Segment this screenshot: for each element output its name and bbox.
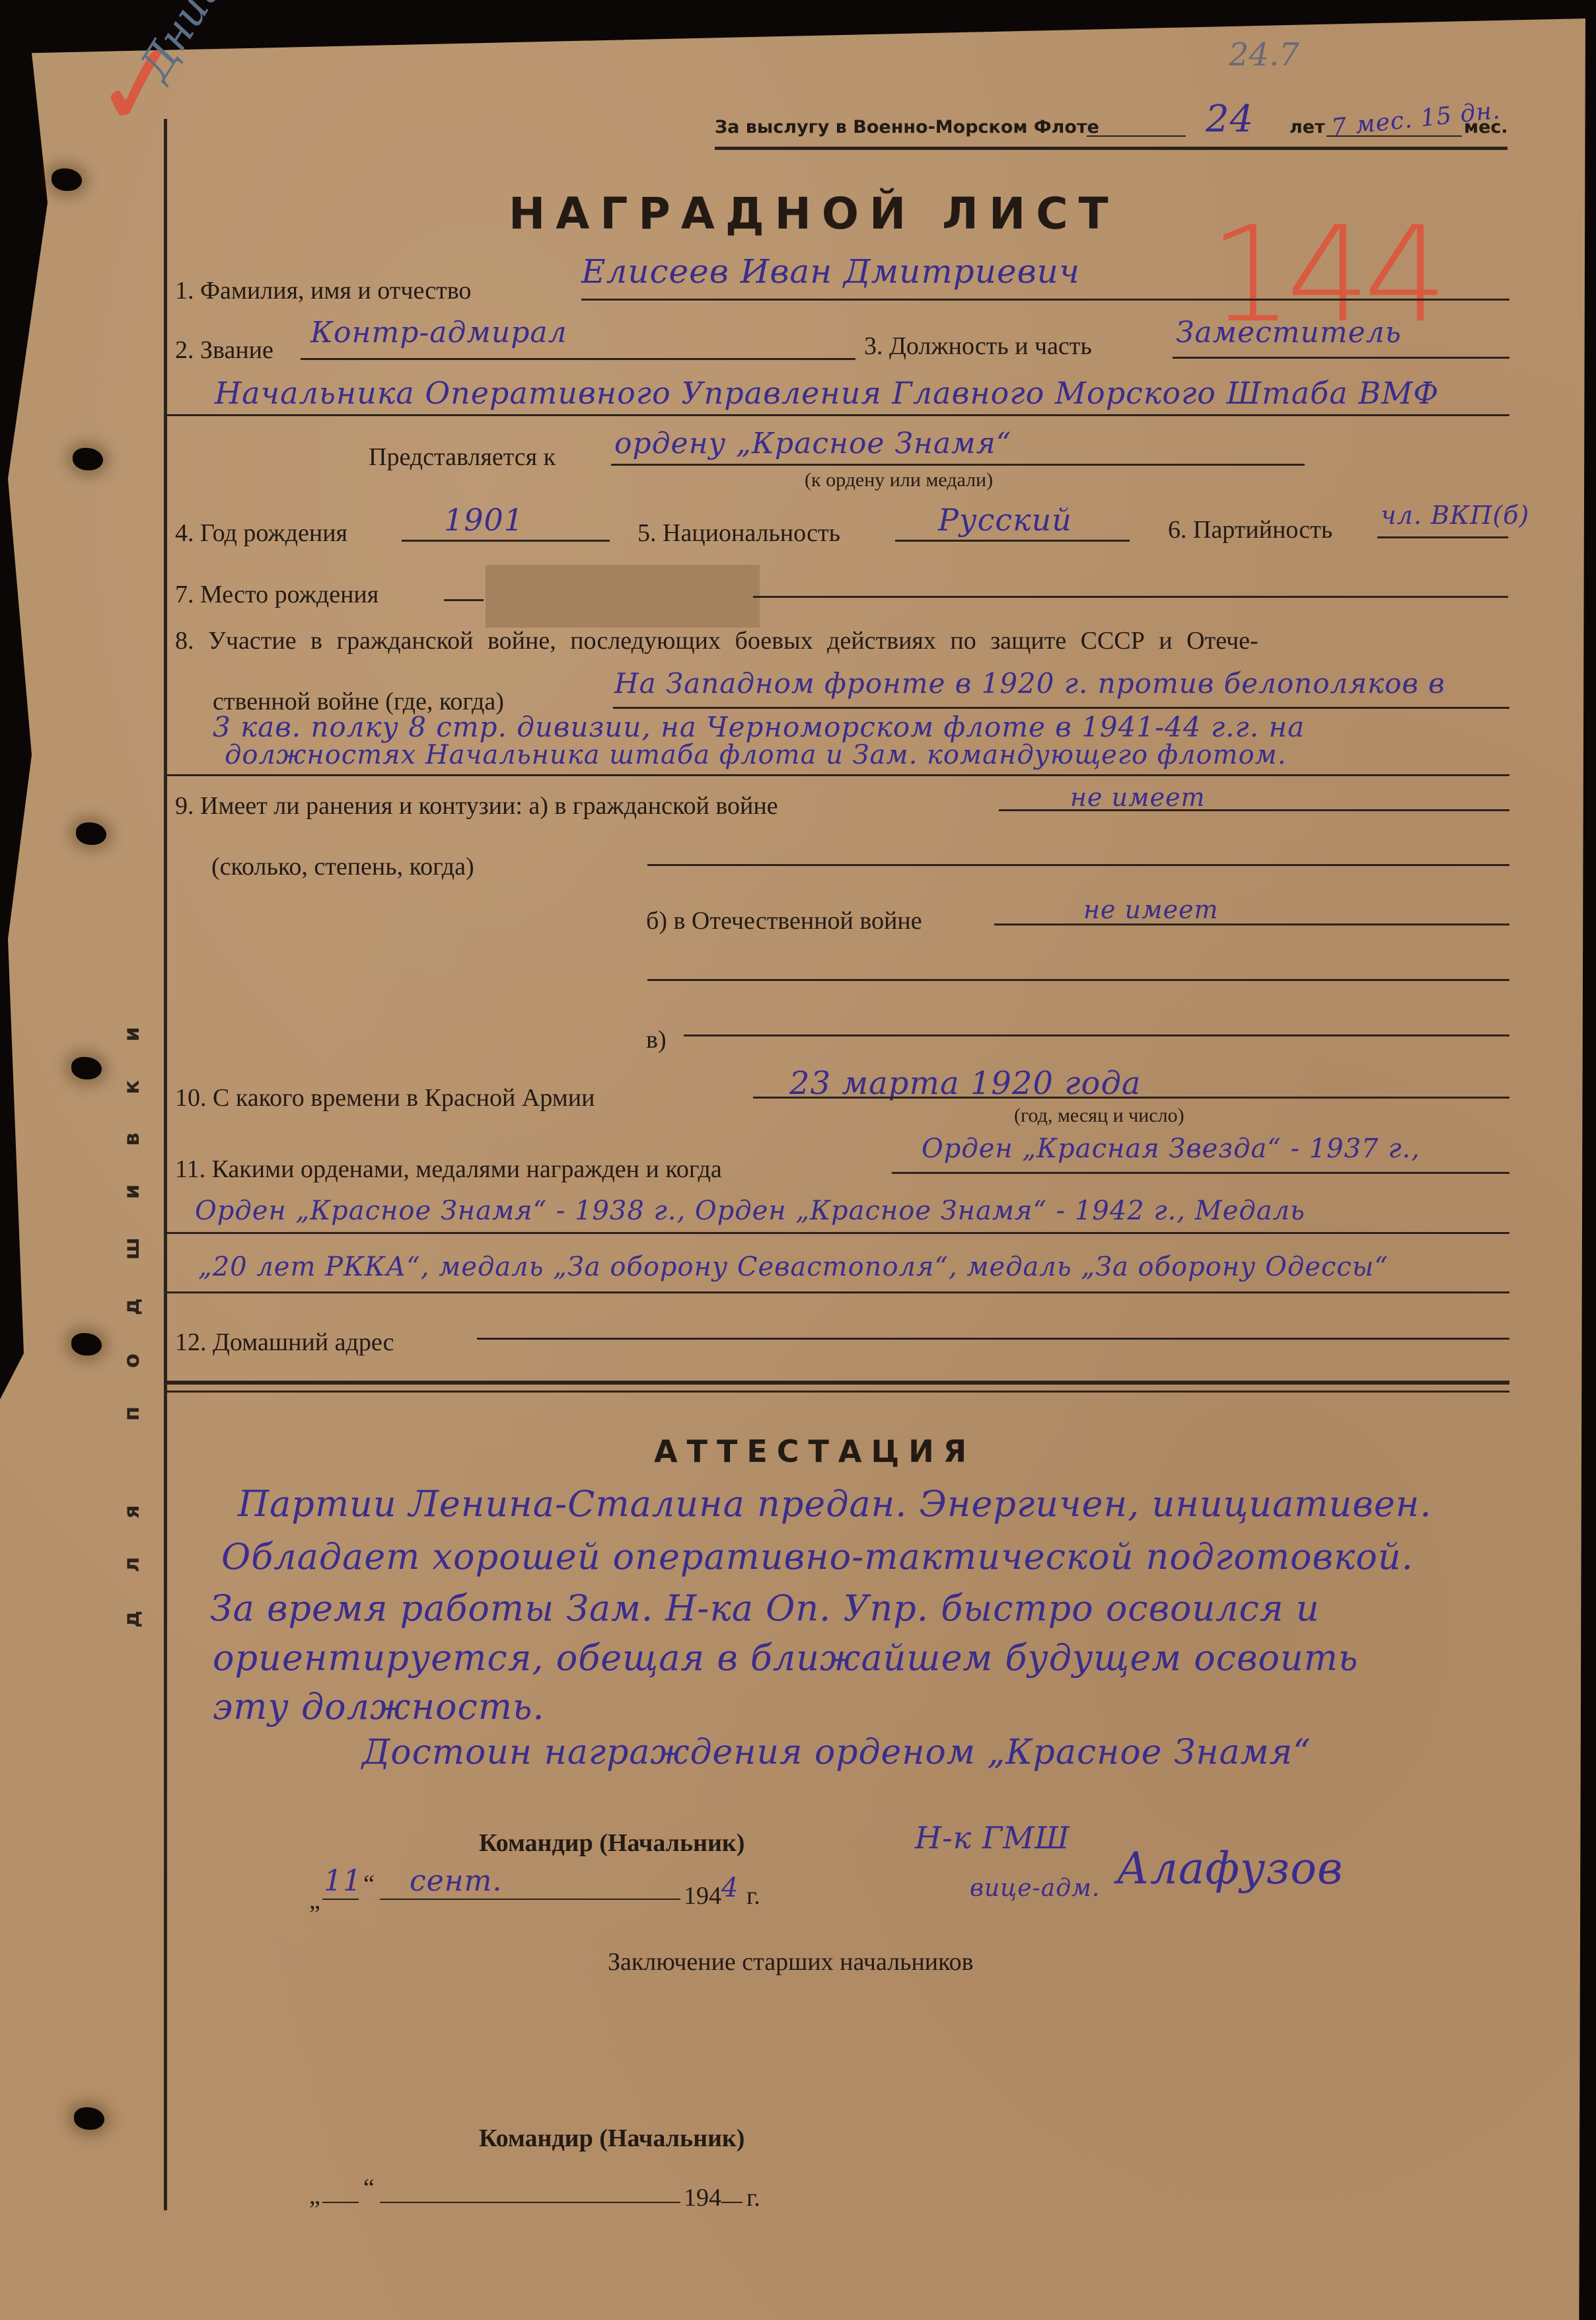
service-header-rule — [715, 147, 1507, 150]
date-year-label-1: г. — [746, 1881, 760, 1910]
commander-title-2: Командир (Начальник) — [479, 2124, 744, 2153]
section-separator-thick — [164, 1381, 1509, 1385]
field-9-rule-b2 — [647, 979, 1509, 981]
field-6-label: 6. Партийность — [1168, 515, 1332, 544]
field-4-label: 4. Год рождения — [175, 519, 347, 548]
field-6-value[interactable]: чл. ВКП(б) — [1381, 501, 1529, 530]
field-12-rule — [477, 1338, 1509, 1340]
pencil-number-top: 24.7 — [1229, 36, 1299, 73]
field-12-label: 12. Домашний адрес — [175, 1328, 394, 1357]
field-8-value-2[interactable]: 3 кав. полку 8 стр. дивизии, на Черномор… — [213, 711, 1305, 743]
date-month-rule-1 — [380, 1899, 680, 1900]
date-day-rule-1 — [322, 1899, 359, 1900]
binding-hole — [76, 822, 106, 845]
field-4-value[interactable]: 1901 — [444, 502, 524, 538]
date-year-prefix-1: 194 — [684, 1881, 721, 1910]
signer-title-1: Н-к ГМШ — [915, 1820, 1070, 1856]
binding-hole — [73, 448, 103, 470]
signature-1: Алафузов — [1116, 1843, 1343, 1894]
field-10-label: 10. С какого времени в Красной Армии — [175, 1083, 595, 1112]
binding-hole — [71, 1057, 102, 1079]
field-1-value[interactable]: Елисеев Иван Дмитриевич — [581, 252, 1080, 291]
years-value: 24 — [1206, 98, 1254, 141]
years-rule — [1087, 135, 1186, 137]
date-day-rule-2 — [322, 2202, 359, 2203]
field-9-value-b[interactable]: не имеет — [1083, 895, 1219, 924]
field-9-sub-label: (сколько, степень, когда) — [211, 852, 474, 881]
field-9-label: 9. Имеет ли ранения и контузии: а) в гра… — [175, 791, 778, 820]
field-4-rule — [402, 540, 610, 542]
service-header-label: За выслугу в Военно-Морском Флоте — [715, 117, 1099, 137]
field-9-label-c: в) — [646, 1025, 667, 1054]
date-close-quote-1: “ — [363, 1869, 375, 1899]
field-8-rule-2 — [164, 774, 1509, 776]
field-8-label-1: 8. Участие в гражданской войне, последую… — [175, 626, 1258, 655]
award-hint: (к ордену или медали) — [805, 469, 993, 491]
field-8-value-1[interactable]: На Западном фронте в 1920 г. против бело… — [614, 667, 1445, 700]
award-rule — [611, 464, 1305, 466]
field-9-rule-c — [684, 1034, 1509, 1036]
binding-hole — [52, 168, 82, 191]
field-3-label: 3. Должность и часть — [864, 332, 1092, 361]
field-11-rule-1 — [892, 1172, 1509, 1174]
field-11-rule-2 — [164, 1232, 1509, 1234]
field-11-rule-3 — [164, 1291, 1509, 1293]
date-open-quote-1: „ — [309, 1886, 320, 1915]
binding-hole — [74, 2107, 104, 2130]
award-label: Представляется к — [369, 443, 556, 472]
senior-conclusion-title: Заключение старших начальников — [608, 1947, 974, 1976]
commander-title-1: Командир (Начальник) — [479, 1829, 744, 1858]
field-9-rule-b — [994, 924, 1509, 925]
field-3-value-cont[interactable]: Начальника Оперативного Управления Главн… — [215, 375, 1439, 411]
field-2-rule — [301, 358, 855, 360]
field-2-label: 2. Звание — [175, 336, 273, 365]
field-3-value[interactable]: Заместитель — [1176, 316, 1402, 349]
section-separator-thin — [164, 1391, 1509, 1393]
date-month-rule-2 — [380, 2202, 680, 2203]
field-11-value-2[interactable]: Орден „Красное Знамя“ - 1938 г., Орден „… — [195, 1196, 1305, 1226]
page-title: НАГРАДНОЙ ЛИСТ — [509, 188, 1119, 239]
field-9-rule-a — [999, 809, 1509, 811]
attestation-line: ориентируется, обещая в ближайшем будуще… — [213, 1637, 1358, 1679]
date-year-rule-2 — [721, 2202, 743, 2203]
attestation-line: эту должность. — [213, 1686, 545, 1727]
date-year-prefix-2: 194 — [684, 2183, 721, 2212]
service-header: За выслугу в Военно-Морском Флоте — [715, 117, 1099, 137]
date-year-suffix-1: 4 — [721, 1873, 739, 1903]
field-8-rule-1 — [613, 707, 1509, 709]
field-7-rule-a — [444, 599, 484, 601]
field-6-rule — [1377, 536, 1508, 538]
months-label: мес. — [1464, 117, 1508, 137]
award-value[interactable]: ордену „Красное Знамя“ — [614, 427, 1011, 460]
field-9-value-a[interactable]: не имеет — [1070, 783, 1206, 812]
field-9-rule-a2 — [647, 864, 1509, 866]
field-8-value-3[interactable]: должностях Начальника штаба флота и Зам.… — [225, 740, 1287, 770]
attestation-line: Обладает хорошей оперативно-тактической … — [221, 1536, 1414, 1577]
field-5-value[interactable]: Русский — [938, 502, 1072, 538]
date-day-1: 11 — [324, 1864, 362, 1898]
date-month-1: сент. — [410, 1864, 502, 1898]
field-5-rule — [895, 540, 1130, 542]
binding-hole — [71, 1333, 102, 1356]
field-1-rule — [581, 299, 1509, 301]
field-9-label-b: б) в Отечественной войне — [646, 906, 922, 935]
date-year-label-2: г. — [746, 2183, 760, 2212]
attestation-line: Достоин награждения орденом „Красное Зна… — [362, 1733, 1311, 1772]
redacted-birthplace — [486, 565, 760, 628]
margin-line — [164, 119, 167, 2210]
field-3-cont-rule — [164, 414, 1509, 416]
attestation-title: АТТЕСТАЦИЯ — [654, 1433, 976, 1469]
signer-title-2: вице-адм. — [970, 1875, 1100, 1902]
attestation-line: За время работы Зам. Н-ка Оп. Упр. быстр… — [210, 1587, 1320, 1629]
field-10-hint: (год, месяц и число) — [1014, 1105, 1184, 1127]
field-7-rule-b — [753, 596, 1508, 598]
field-11-label: 11. Какими орденами, медалями награжден … — [175, 1155, 722, 1184]
field-1-label: 1. Фамилия, имя и отчество — [175, 276, 471, 305]
field-10-rule — [753, 1097, 1509, 1099]
field-2-value[interactable]: Контр-адмирал — [310, 316, 567, 349]
date-open-quote-2: „ — [309, 2181, 320, 2210]
date-close-quote-2: “ — [363, 2173, 375, 2202]
attestation-line: Партии Ленина-Сталина предан. Энергичен,… — [238, 1483, 1432, 1525]
field-11-value-1[interactable]: Орден „Красная Звезда“ - 1937 г., — [922, 1134, 1420, 1164]
field-7-label: 7. Место рождения — [175, 580, 379, 609]
field-3-rule — [1173, 357, 1509, 359]
field-11-value-3[interactable]: „20 лет РККА“, медаль „За оборону Севаст… — [198, 1252, 1389, 1282]
field-5-label: 5. Национальность — [637, 519, 840, 548]
margin-label: для подшивки — [119, 846, 145, 1770]
years-label: лет — [1289, 117, 1325, 137]
